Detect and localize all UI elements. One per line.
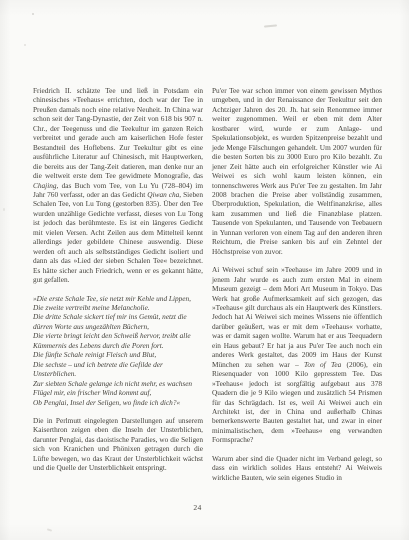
scan-speck bbox=[47, 528, 52, 531]
paragraph-quader-question: Warum aber sind die Quader nicht im Verb… bbox=[212, 454, 382, 482]
text-block: Friedrich II. schätzte Tee und ließ in P… bbox=[33, 86, 382, 482]
paragraph-perlmutt-throne: Die in Perlmutt eingelegten Darstellunge… bbox=[33, 416, 203, 473]
scan-speck bbox=[32, 13, 34, 15]
book-page: Friedrich II. schätzte Tee und ließ in P… bbox=[0, 0, 409, 540]
scan-speck bbox=[3, 208, 5, 211]
left-column: Friedrich II. schätzte Tee und ließ in P… bbox=[33, 86, 203, 482]
scan-scratch bbox=[264, 24, 277, 27]
poem-seven-bowls-of-tea: »Die erste Schale Tee, sie netzt mir Keh… bbox=[33, 294, 203, 407]
paragraph-teehaus-artwork: Ai Weiwei schuf sein »Teehaus« im Jahre … bbox=[212, 265, 382, 445]
scan-speck bbox=[24, 44, 26, 46]
page-number: 24 bbox=[0, 503, 395, 512]
paragraph-puer-tea-market: Pu'er Tee war schon immer von einem gewi… bbox=[212, 86, 382, 256]
right-column: Pu'er Tee war schon immer von einem gewi… bbox=[212, 86, 382, 482]
paragraph-friedrich-tea: Friedrich II. schätzte Tee und ließ in P… bbox=[33, 86, 203, 285]
